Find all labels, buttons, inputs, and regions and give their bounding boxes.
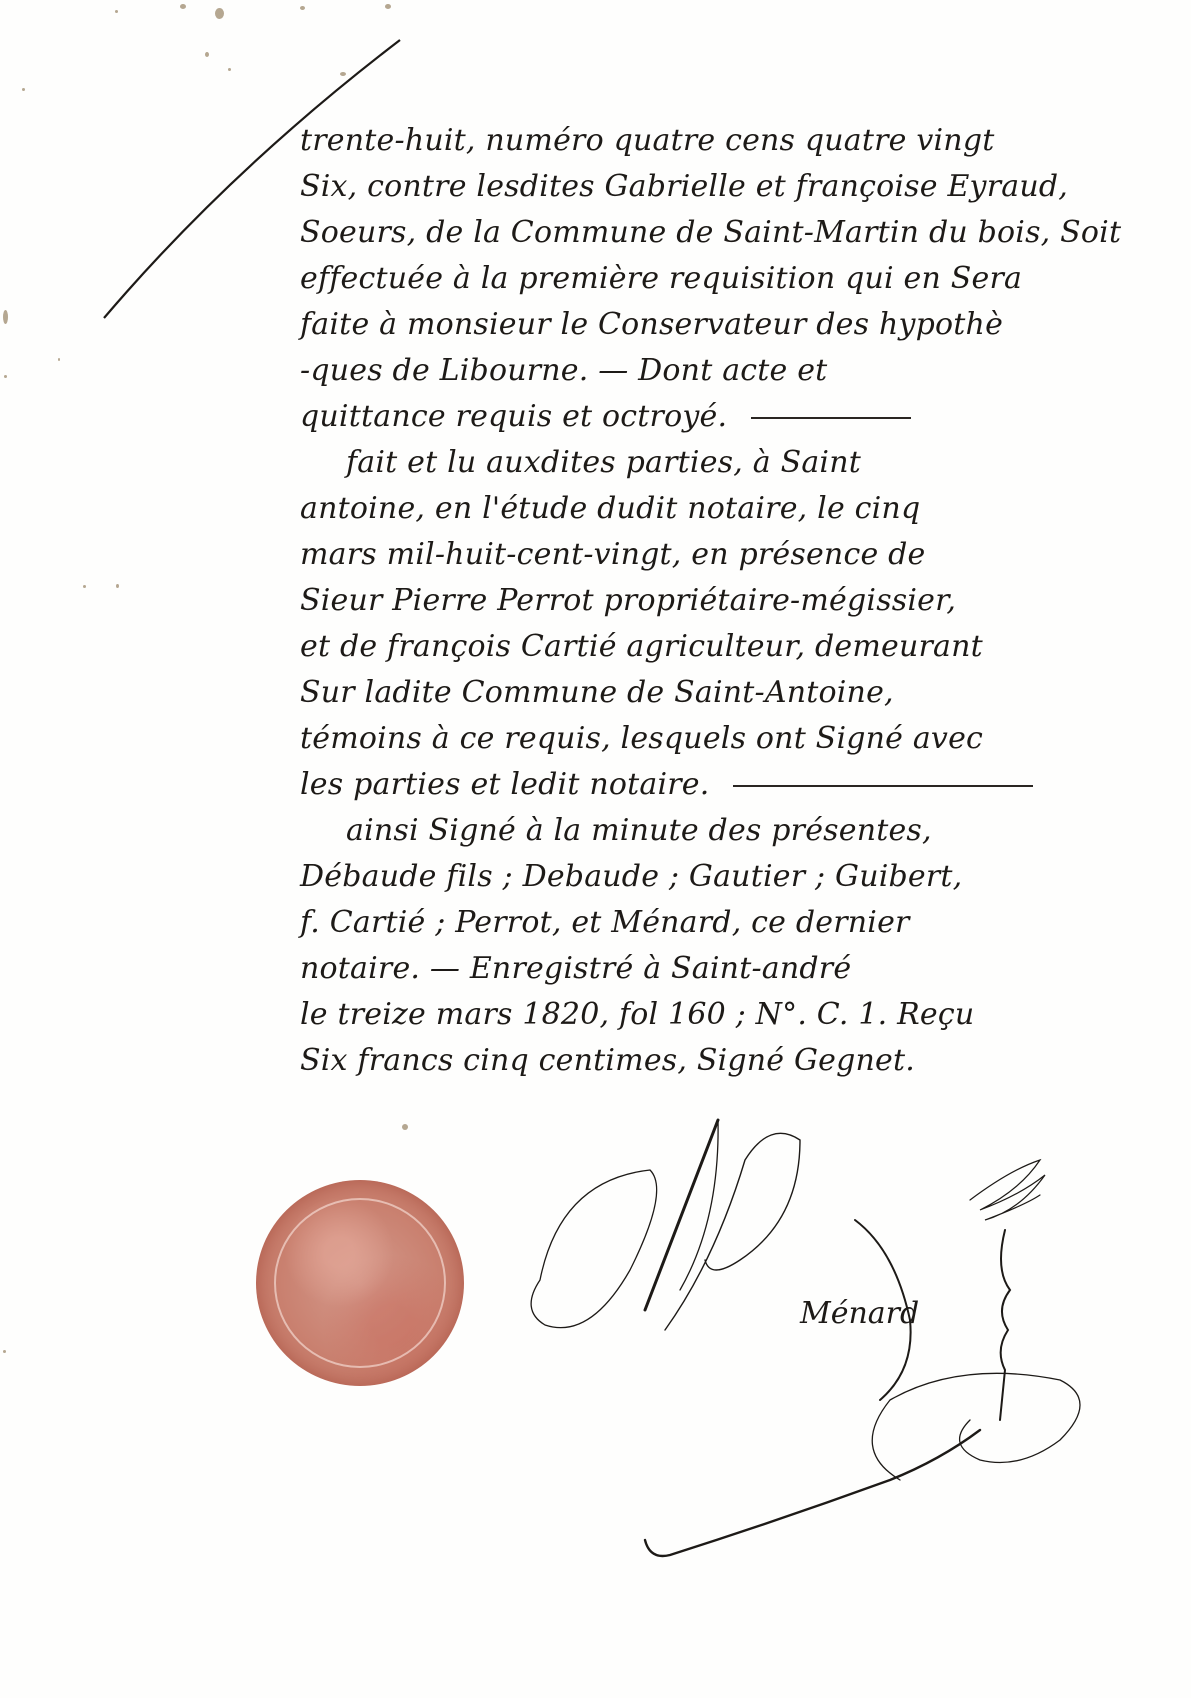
notary-signature: Ménard bbox=[500, 1100, 1100, 1580]
notarial-seal bbox=[256, 1180, 464, 1386]
line-filler-rule bbox=[733, 785, 1033, 787]
text-line: Six, contre lesdites Gabrielle et franço… bbox=[300, 164, 1068, 210]
document-page: trente-huit, numéro quatre cens quatre v… bbox=[0, 0, 1191, 1698]
text-line: notaire. — Enregistré à Saint-andré bbox=[300, 946, 851, 992]
text-line: le treize mars 1820, fol 160 ; N°. C. 1.… bbox=[300, 992, 974, 1038]
text-line-paragraph-start: ainsi Signé à la minute des présentes, bbox=[300, 808, 932, 854]
line-filler-rule bbox=[751, 417, 911, 419]
text-line-content: -ques de Libourne. — Dont acte et bbox=[300, 353, 827, 388]
text-line-paragraph-start: fait et lu auxdites parties, à Saint bbox=[300, 440, 861, 486]
text-line: Débaude fils ; Debaude ; Gautier ; Guibe… bbox=[300, 854, 962, 900]
text-line-content: les parties et ledit notaire. bbox=[300, 767, 709, 802]
text-line: Soeurs, de la Commune de Saint-Martin du… bbox=[300, 210, 1121, 256]
text-line-content: quittance requis et octroyé. bbox=[300, 399, 727, 434]
text-line: témoins à ce requis, lesquels ont Signé … bbox=[300, 716, 983, 762]
text-line: -ques de Libourne. — Dont acte et bbox=[300, 348, 827, 394]
text-line: et de françois Cartié agriculteur, demeu… bbox=[300, 624, 983, 670]
text-line: Sur ladite Commune de Saint-Antoine, bbox=[300, 670, 894, 716]
text-line: effectuée à la première requisition qui … bbox=[300, 256, 1022, 302]
text-line: Sieur Pierre Perrot propriétaire-mégissi… bbox=[300, 578, 956, 624]
text-line: trente-huit, numéro quatre cens quatre v… bbox=[300, 118, 995, 164]
signature-name: Ménard bbox=[800, 1296, 919, 1331]
signature-flourish-icon bbox=[500, 1100, 1100, 1580]
text-line: les parties et ledit notaire. bbox=[300, 762, 1033, 808]
text-line: Six francs cinq centimes, Signé Gegnet. bbox=[300, 1038, 915, 1084]
text-line: faite à monsieur le Conservateur des hyp… bbox=[300, 302, 1003, 348]
text-line: mars mil-huit-cent-vingt, en présence de bbox=[300, 532, 926, 578]
text-line: antoine, en l'étude dudit notaire, le ci… bbox=[300, 486, 920, 532]
text-line: f. Cartié ; Perrot, et Ménard, ce dernie… bbox=[300, 900, 910, 946]
text-line: quittance requis et octroyé. bbox=[300, 394, 911, 440]
